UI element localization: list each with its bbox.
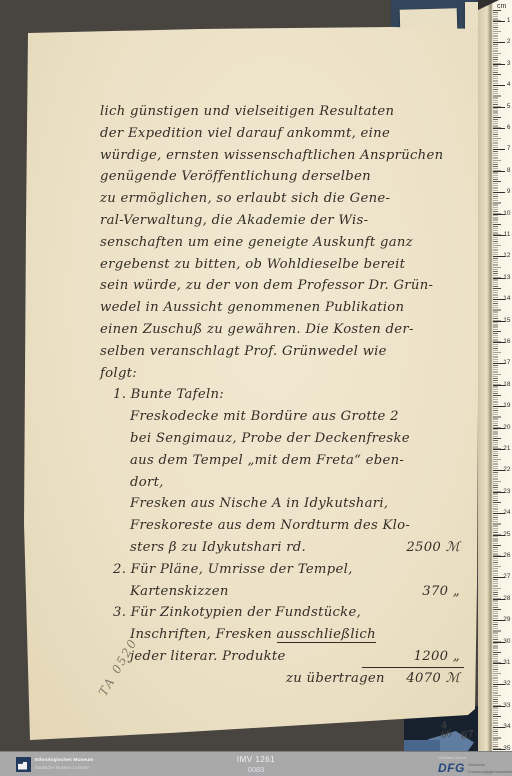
paper-tab	[465, 2, 479, 32]
ruler-cm-number: 16	[499, 338, 511, 344]
dfg-logo: DFG	[438, 762, 465, 774]
dfg-name-line2: Forschungsgemeinschaft	[468, 770, 512, 774]
ruler-cm-number: 12	[499, 253, 511, 259]
ruler-cm-number: 6	[499, 124, 511, 130]
manuscript-line: würdige, ernsten wissenschaftlichen Ansp…	[100, 145, 464, 167]
manuscript-line: senschaften um eine geneigte Auskunft ga…	[100, 232, 464, 254]
manuscript-line: ral-Verwaltung, die Akademie der Wis-	[100, 210, 464, 232]
digitization-footer: Ethnologisches Museum Staatliche Museen …	[0, 751, 512, 776]
museum-name: Ethnologisches Museum	[35, 758, 96, 763]
museum-subtitle: Staatliche Museen zu Berlin	[35, 766, 90, 770]
ruler-unit-label: cm	[497, 3, 506, 10]
manuscript-line: aus dem Tempel „mit dem Freta“ eben-	[100, 450, 464, 472]
manuscript-line: genügende Veröffentlichung derselben	[100, 166, 464, 188]
ruler-cm-number: 9	[499, 188, 511, 194]
dfg-funded-by-label: Gefördert durch	[438, 756, 498, 760]
museum-logo-icon	[16, 757, 31, 772]
manuscript-line: zu übertragen4070 ℳ	[100, 668, 464, 690]
manuscript-line: Inschriften, Fresken ausschließlich	[100, 624, 464, 646]
ruler-cm-number: 23	[499, 488, 511, 494]
ruler-cm-number: 11	[499, 231, 511, 237]
archive-identifier: IMV 1261 0083	[176, 755, 336, 774]
manuscript-line: 2. Für Pläne, Umrisse der Tempel,	[100, 559, 464, 581]
manuscript-line: bei Sengimauz, Probe der Deckenfreske	[100, 428, 464, 450]
dfg-name-line1: Deutsche	[468, 763, 512, 767]
ruler-cm-number: 22	[499, 467, 511, 473]
ruler-cm-number: 1	[499, 17, 511, 23]
ruler-cm-number: 27	[499, 574, 511, 580]
ruler-cm-number: 25	[499, 531, 511, 537]
ruler-cm-number: 31	[499, 659, 511, 665]
document-scan-viewport: lich günstigen und vielseitigen Resultat…	[0, 0, 512, 776]
ruler-cm-number: 28	[499, 595, 511, 601]
ruler-cm-number: 24	[499, 509, 511, 515]
ruler-cm-number: 5	[499, 103, 511, 109]
manuscript-line: 1. Bunte Tafeln:	[100, 384, 464, 406]
manuscript-amount: 1200 „	[362, 646, 464, 668]
manuscript-line: jeder literar. Produkte1200 „	[100, 646, 464, 668]
manuscript-line: der Expedition viel darauf ankommt, eine	[100, 123, 464, 145]
ruler-cm-number: 30	[499, 638, 511, 644]
ruler-cm-number: 14	[499, 295, 511, 301]
ruler-cm-number: 8	[499, 167, 511, 173]
manuscript-amount: 370 „	[422, 581, 464, 603]
ruler-cm-number: 7	[499, 146, 511, 152]
manuscript-line: ergebenst zu bitten, ob Wohldieselbe ber…	[100, 254, 464, 276]
ruler-cm-number: 19	[499, 402, 511, 408]
manuscript-amount: 2500 ℳ	[406, 537, 464, 559]
dfg-credit: Gefördert durch DFG Deutsche Forschungsg…	[438, 754, 512, 775]
manuscript-amount: 4070 ℳ	[406, 668, 464, 690]
ruler-cm-number: 10	[499, 210, 511, 216]
archive-id-line2: 0083	[176, 765, 336, 774]
manuscript-line: wedel in Aussicht genommenen Publikation	[100, 297, 464, 319]
ruler-cm-number: 17	[499, 360, 511, 366]
ruler-cm-number: 13	[499, 274, 511, 280]
manuscript-line: sein würde, zu der von dem Professor Dr.…	[100, 275, 464, 297]
manuscript-line: 3. Für Zinkotypien der Fundstücke,	[100, 602, 464, 624]
ruler-cm-number: 26	[499, 552, 511, 558]
archive-id-line1: IMV 1261	[176, 755, 336, 764]
ruler-cm-number: 34	[499, 723, 511, 729]
ruler-cm-number: 29	[499, 616, 511, 622]
manuscript-line: lich günstigen und vielseitigen Resultat…	[100, 101, 464, 123]
ruler-cm-number: 2	[499, 39, 511, 45]
manuscript: lich günstigen und vielseitigen Resultat…	[100, 101, 464, 690]
manuscript-line: Kartenskizzen370 „	[100, 581, 464, 603]
manuscript-line: folgt:	[100, 363, 464, 385]
manuscript-line: Fresken aus Nische A in Idykutshari,	[100, 493, 464, 515]
ruler-cm-number: 4	[499, 81, 511, 87]
manuscript-line: zu ermöglichen, so erlaubt sich die Gene…	[100, 188, 464, 210]
ruler-cm-number: 33	[499, 702, 511, 708]
ruler-cm-number: 20	[499, 424, 511, 430]
ruler-cm-number: 32	[499, 681, 511, 687]
ruler-cm-number: 18	[499, 381, 511, 387]
manuscript-line: dort,	[100, 472, 464, 494]
ruler-cm-number: 21	[499, 445, 511, 451]
manuscript-line: einen Zuschuß zu gewähren. Die Kosten de…	[100, 319, 464, 341]
manuscript-line: selben veranschlagt Prof. Grünwedel wie	[100, 341, 464, 363]
pencil-folio-number: 67	[460, 729, 474, 742]
manuscript-line: Freskoreste aus dem Nordturm des Klo-	[100, 515, 464, 537]
manuscript-line: Freskodecke mit Bordüre aus Grotte 2	[100, 406, 464, 428]
ruler-cm-number: 15	[499, 317, 511, 323]
manuscript-line: sters β zu Idykutshari rd.2500 ℳ	[100, 537, 464, 559]
museum-credit: Ethnologisches Museum Staatliche Museen …	[16, 756, 134, 772]
ruler-cm-number: 3	[499, 60, 511, 66]
